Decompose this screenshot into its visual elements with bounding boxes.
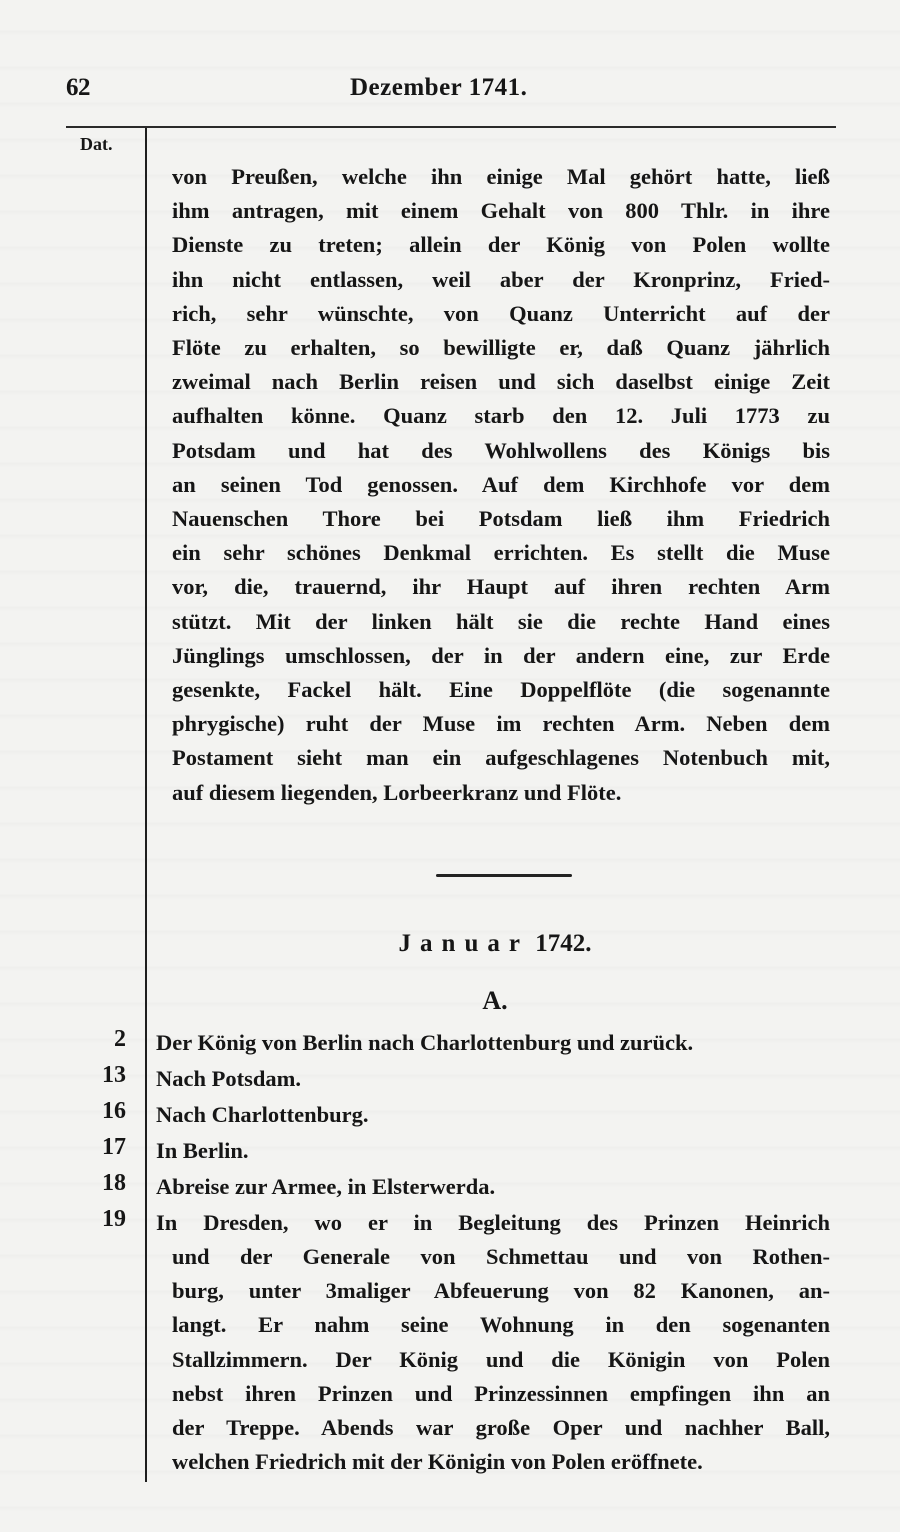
text-line: ihn nicht entlassen, weil aber der Kronp… [172,263,830,297]
running-title: Dezember 1741. [350,74,527,102]
entry-continuation: und der Generale von Schmettau und von R… [172,1240,830,1479]
text-line: vor, die, trauernd, ihr Haupt auf ihren … [172,570,830,604]
entry-text: Nach Charlottenburg. [156,1098,830,1132]
text-line: rich, sehr wünschte, von Quanz Unterrich… [172,297,830,331]
text-line: langt. Er nahm seine Wohnung in den soge… [172,1308,830,1342]
entry-date: 18 [68,1170,126,1197]
text-line: gesenkte, Fackel hält. Eine Doppelflöte … [172,673,830,707]
page-header: 62 Dezember 1741. [0,72,900,112]
entry-date: 19 [68,1206,126,1233]
text-line: welchen Friedrich mit der Königin von Po… [172,1445,830,1479]
entry-date: 16 [68,1098,126,1125]
text-line: phrygische) ruht der Muse im rechten Arm… [172,707,830,741]
entry-text: Nach Potsdam. [156,1062,830,1096]
text-line: ein sehr schönes Denkmal errichten. Es s… [172,536,830,570]
text-line: aufhalten könne. Quanz starb den 12. Jul… [172,399,830,433]
entry-text: Abreise zur Armee, in Elsterwerda. [156,1170,830,1204]
text-line: auf diesem liegenden, Lorbeerkranz und F… [172,776,830,810]
entry-text: In Berlin. [156,1134,830,1168]
text-line: nebst ihren Prinzen und Prinzessinnen em… [172,1377,830,1411]
text-line: burg, unter 3maliger Abfeuerung von 82 K… [172,1274,830,1308]
section-letter: A. [0,986,900,1016]
entry-text: Der König von Berlin nach Charlottenburg… [156,1026,830,1060]
entry-date: 17 [68,1134,126,1161]
text-line: Dienste zu treten; allein der König von … [172,228,830,262]
header-rule [66,126,836,128]
text-line: Jünglings umschlossen, der in der andern… [172,639,830,673]
text-line: Flöte zu erhalten, so bewilligte er, daß… [172,331,830,365]
text-line: und der Generale von Schmettau und von R… [172,1240,830,1274]
entry-date: 2 [68,1026,126,1053]
text-line: Stallzimmern. Der König und die Königin … [172,1343,830,1377]
month-name: Januar [399,930,529,957]
text-line: Nauenschen Thore bei Potsdam ließ ihm Fr… [172,502,830,536]
text-line: Potsdam und hat des Wohlwollens des Köni… [172,434,830,468]
continued-paragraph: von Preußen, welche ihn einige Mal gehör… [172,160,830,810]
date-column-rule [145,128,147,1482]
entry-date: 13 [68,1062,126,1089]
date-column-label: Dat. [80,134,113,155]
entry-text: In Dresden, wo er in Begleitung des Prin… [156,1206,830,1240]
text-line: stützt. Mit der linken hält sie die rech… [172,605,830,639]
month-year: 1742. [535,930,591,957]
text-line: zweimal nach Berlin reisen und sich dase… [172,365,830,399]
page-number: 62 [66,74,90,102]
text-line: Postament sieht man ein aufgeschlagenes … [172,741,830,775]
text-line: von Preußen, welche ihn einige Mal gehör… [172,160,830,194]
text-line: der Treppe. Abends war große Oper und na… [172,1411,830,1445]
text-line: ihm antragen, mit einem Gehalt von 800 T… [172,194,830,228]
text-line: In Dresden, wo er in Begleitung des Prin… [156,1206,830,1240]
section-divider [436,874,572,877]
month-heading: Januar 1742. [0,930,900,958]
text-line: an seinen Tod genossen. Auf dem Kirchhof… [172,468,830,502]
